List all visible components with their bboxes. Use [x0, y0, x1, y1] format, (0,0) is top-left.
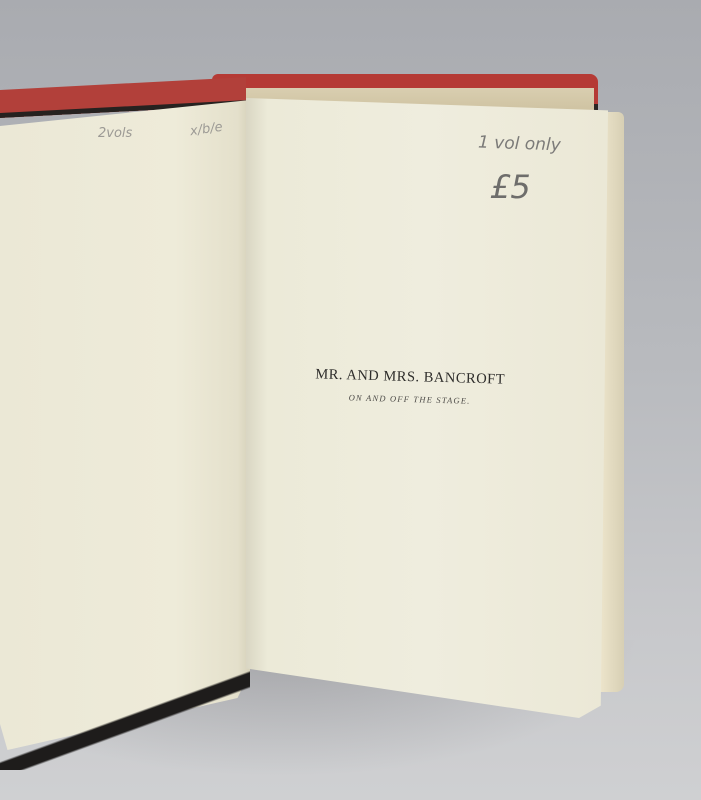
pencil-price: £5	[490, 168, 531, 206]
title-block: MR. AND MRS. BANCROFT ON AND OFF THE STA…	[300, 366, 521, 407]
front-cover-edge	[0, 640, 250, 770]
photo-scene: 2vols x/b/e 1 vol only £5 MR. AND MRS. B…	[0, 0, 701, 800]
pencil-note-volumes: 2vols	[98, 126, 132, 141]
pencil-note-one-vol: 1 vol only	[478, 133, 561, 156]
half-title-page	[246, 98, 608, 718]
